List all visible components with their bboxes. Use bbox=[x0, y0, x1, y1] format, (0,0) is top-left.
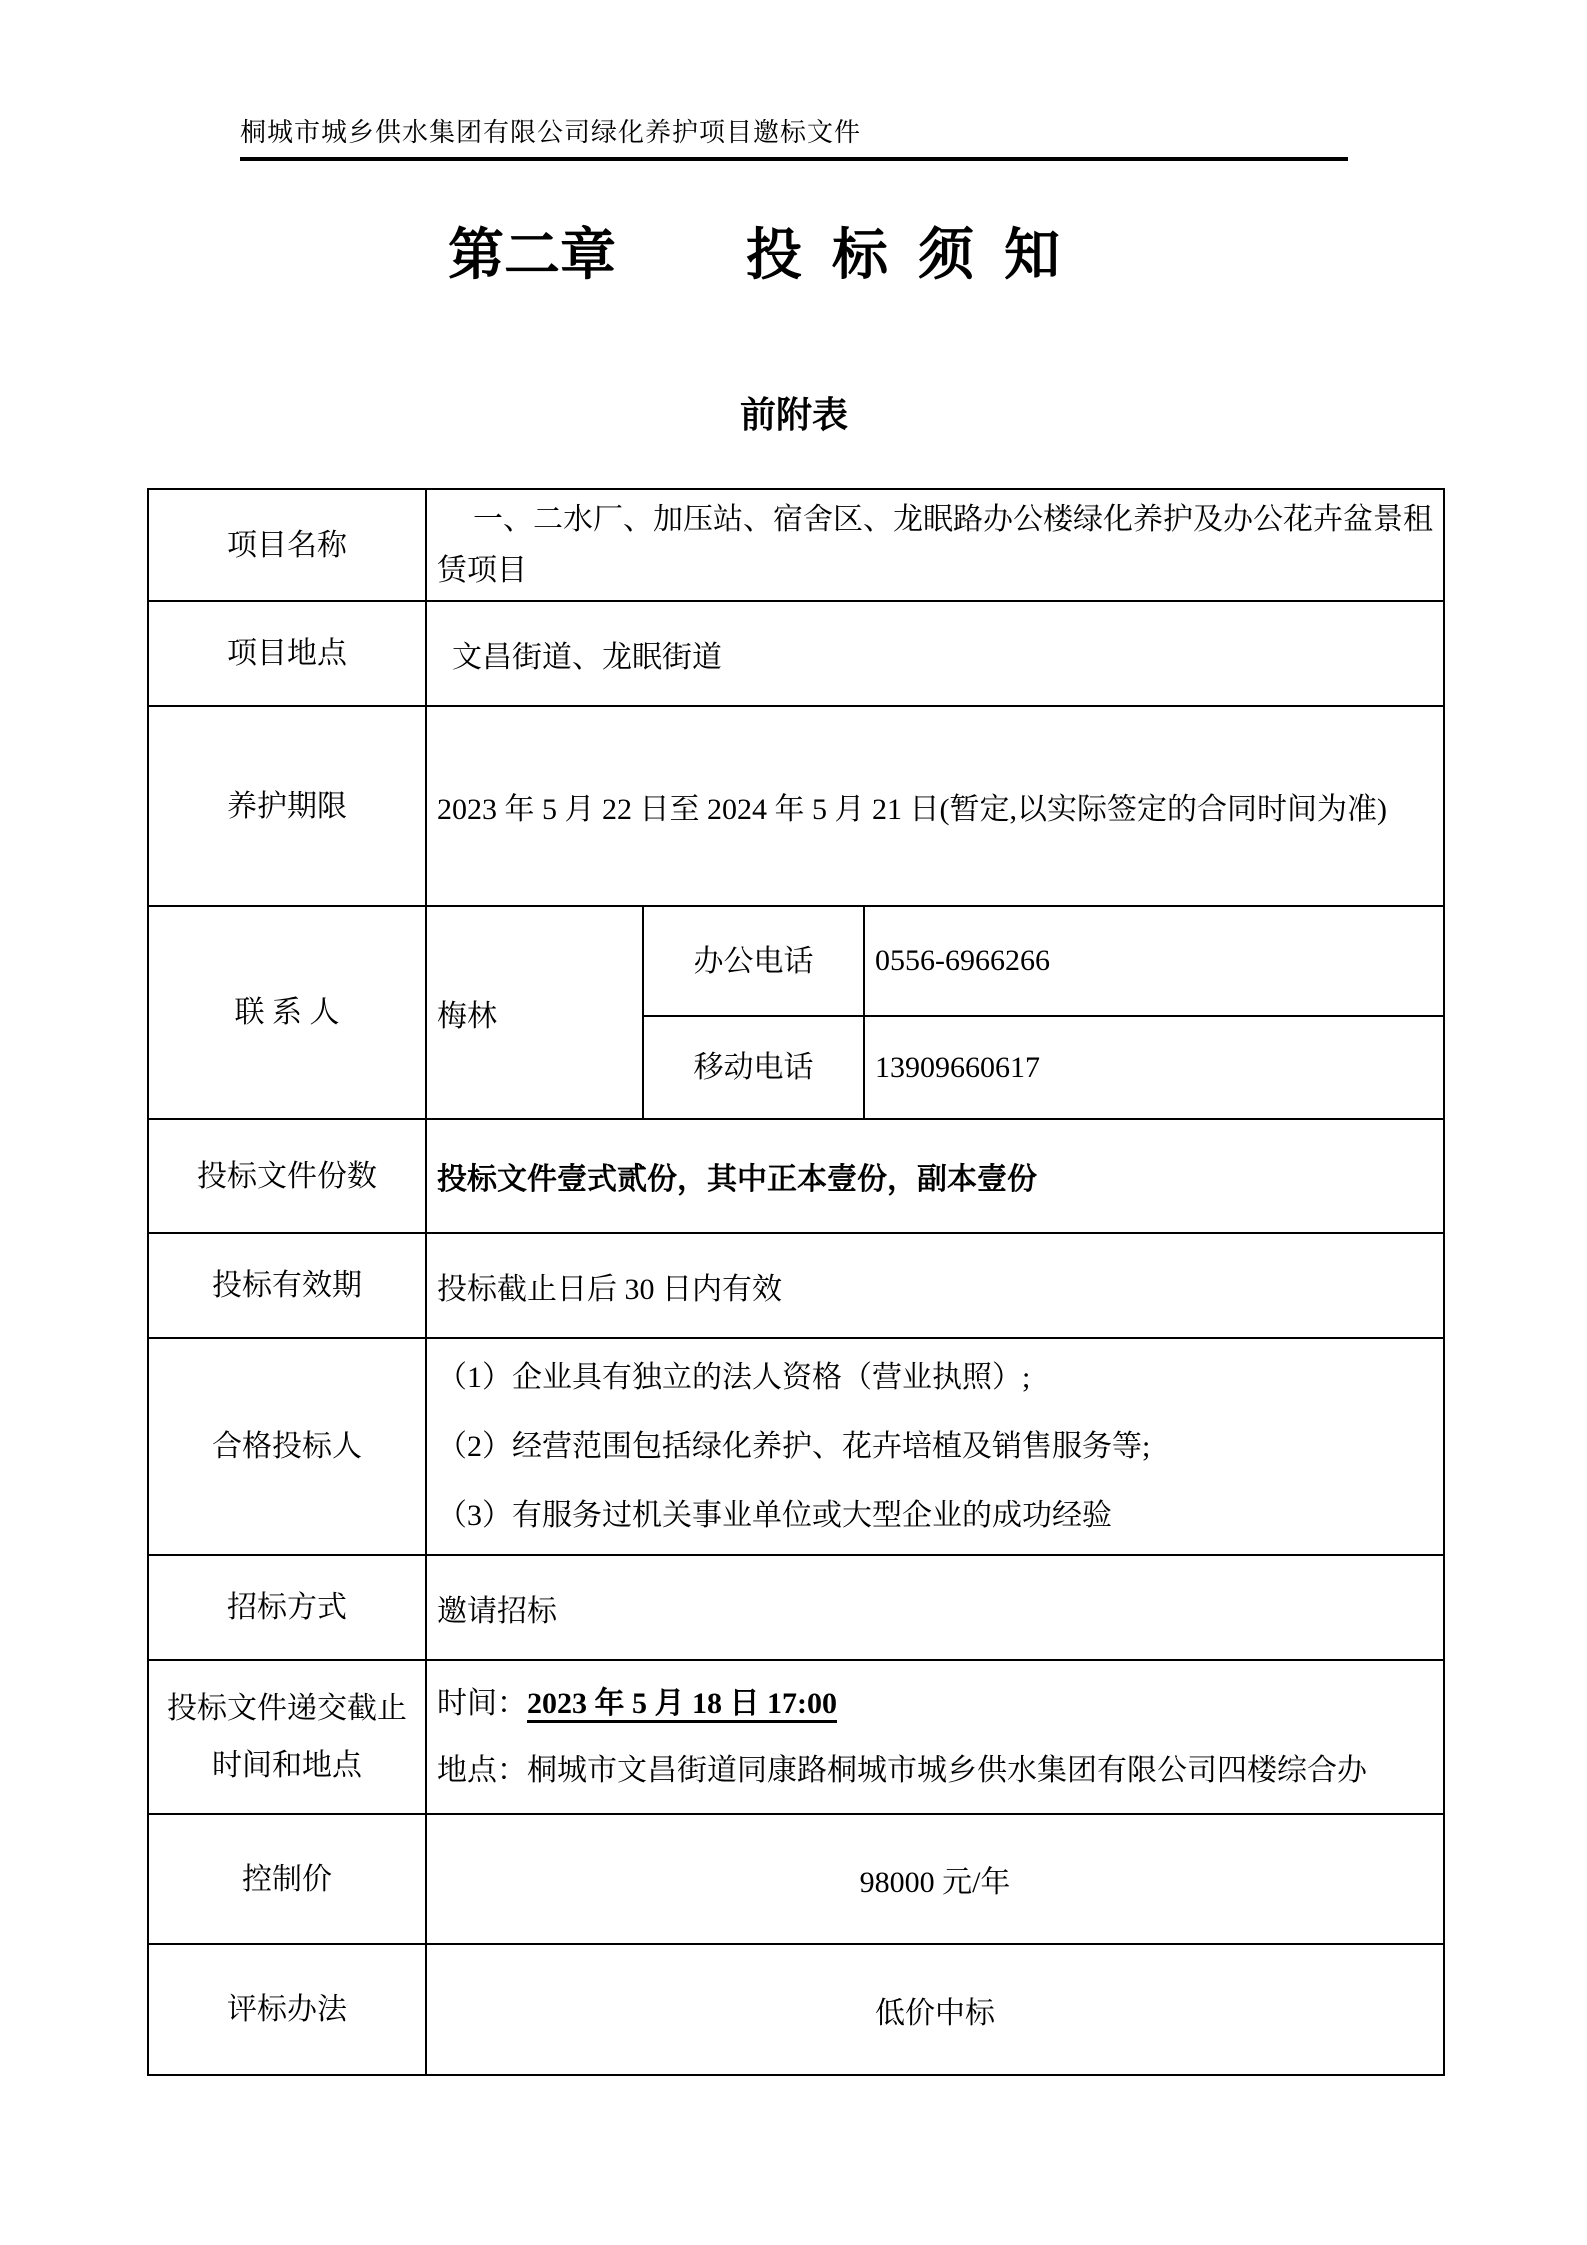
bid-validity-value: 投标截止日后 30 日内有效 bbox=[437, 1264, 1433, 1308]
qualified-bidders-item-1: （1）企业具有独立的法人资格（营业执照）; bbox=[437, 1343, 1433, 1412]
row-evaluation-method: 评标办法 低价中标 bbox=[148, 1944, 1444, 2075]
control-price-label: 控制价 bbox=[148, 1814, 426, 1944]
submission-deadline-label-line2: 时间和地点 bbox=[159, 1737, 415, 1794]
office-phone-value: 0556-6966266 bbox=[875, 944, 1433, 978]
bid-validity-label: 投标有效期 bbox=[148, 1233, 426, 1338]
project-name-value-cell: 一、二水厂、加压站、宿舍区、龙眠路办公楼绿化养护及办公花卉盆景租赁项目 bbox=[426, 489, 1444, 601]
bid-validity-value-cell: 投标截止日后 30 日内有效 bbox=[426, 1233, 1444, 1338]
contact-name: 梅林 bbox=[437, 991, 632, 1035]
front-table-subtitle-text: 前附表 bbox=[740, 395, 848, 435]
mobile-phone-label: 移动电话 bbox=[643, 1016, 864, 1119]
document-header: 桐城市城乡供水集团有限公司绿化养护项目邀标文件 bbox=[240, 112, 1348, 161]
project-location-value-cell: 文昌街道、龙眠街道 bbox=[426, 601, 1444, 706]
qualified-bidders-value-cell: （1）企业具有独立的法人资格（营业执照）; （2）经营范围包括绿化养护、花卉培植… bbox=[426, 1338, 1444, 1555]
row-maintenance-period: 养护期限 2023 年 5 月 22 日至 2024 年 5 月 21 日(暂定… bbox=[148, 706, 1444, 906]
row-project-name: 项目名称 一、二水厂、加压站、宿舍区、龙眠路办公楼绿化养护及办公花卉盆景租赁项目 bbox=[148, 489, 1444, 601]
front-table-subtitle: 前附表 bbox=[0, 387, 1587, 438]
maintenance-period-value: 2023 年 5 月 22 日至 2024 年 5 月 21 日(暂定,以实际签… bbox=[437, 784, 1433, 828]
bid-copies-value: 投标文件壹式贰份，其中正本壹份，副本壹份 bbox=[437, 1154, 1433, 1198]
control-price-value-cell: 98000 元/年 bbox=[426, 1814, 1444, 1944]
document-header-text: 桐城市城乡供水集团有限公司绿化养护项目邀标文件 bbox=[240, 118, 861, 147]
submission-deadline-label-line1: 投标文件递交截止 bbox=[159, 1680, 415, 1737]
submission-time-prefix: 时间： bbox=[437, 1687, 527, 1720]
qualified-bidders-item-3: （3）有服务过机关事业单位或大型企业的成功经验 bbox=[437, 1481, 1433, 1550]
bid-copies-value-cell: 投标文件壹式贰份，其中正本壹份，副本壹份 bbox=[426, 1119, 1444, 1233]
row-project-location: 项目地点 文昌街道、龙眠街道 bbox=[148, 601, 1444, 706]
row-control-price: 控制价 98000 元/年 bbox=[148, 1814, 1444, 1944]
row-tender-method: 招标方式 邀请招标 bbox=[148, 1555, 1444, 1660]
tender-method-value-cell: 邀请招标 bbox=[426, 1555, 1444, 1660]
submission-deadline-value-cell: 时间：2023 年 5 月 18 日 17:00 地点：桐城市文昌街道同康路桐城… bbox=[426, 1660, 1444, 1814]
evaluation-method-label: 评标办法 bbox=[148, 1944, 426, 2075]
contact-label: 联 系 人 bbox=[148, 906, 426, 1119]
document-page: 桐城市城乡供水集团有限公司绿化养护项目邀标文件 第二章投 标 须 知 前附表 项… bbox=[0, 0, 1587, 2245]
submission-time-value: 2023 年 5 月 18 日 17:00 bbox=[527, 1687, 837, 1720]
submission-place-line: 地点：桐城市文昌街道同康路桐城市城乡供水集团有限公司四楼综合办 bbox=[437, 1737, 1433, 1805]
row-submission-deadline: 投标文件递交截止 时间和地点 时间：2023 年 5 月 18 日 17:00 … bbox=[148, 1660, 1444, 1814]
row-bid-copies: 投标文件份数 投标文件壹式贰份，其中正本壹份，副本壹份 bbox=[148, 1119, 1444, 1233]
contact-name-cell: 梅林 bbox=[426, 906, 643, 1119]
tender-method-label: 招标方式 bbox=[148, 1555, 426, 1660]
submission-place-value: 桐城市文昌街道同康路桐城市城乡供水集团有限公司四楼综合办 bbox=[527, 1754, 1367, 1787]
office-phone-label: 办公电话 bbox=[643, 906, 864, 1016]
qualified-bidders-item-2: （2）经营范围包括绿化养护、花卉培植及销售服务等; bbox=[437, 1412, 1433, 1481]
maintenance-period-label: 养护期限 bbox=[148, 706, 426, 906]
evaluation-method-value-cell: 低价中标 bbox=[426, 1944, 1444, 2075]
front-attached-table: 项目名称 一、二水厂、加压站、宿舍区、龙眠路办公楼绿化养护及办公花卉盆景租赁项目… bbox=[147, 488, 1445, 2076]
chapter-title-text: 投 标 须 知 bbox=[746, 225, 1060, 287]
submission-deadline-label: 投标文件递交截止 时间和地点 bbox=[148, 1660, 426, 1814]
evaluation-method-value: 低价中标 bbox=[437, 1988, 1433, 2032]
mobile-phone-value-cell: 13909660617 bbox=[864, 1016, 1444, 1119]
row-qualified-bidders: 合格投标人 （1）企业具有独立的法人资格（营业执照）; （2）经营范围包括绿化养… bbox=[148, 1338, 1444, 1555]
tender-method-value: 邀请招标 bbox=[437, 1586, 1433, 1630]
submission-time-line: 时间：2023 年 5 月 18 日 17:00 bbox=[437, 1670, 1433, 1738]
project-name-label: 项目名称 bbox=[148, 489, 426, 601]
project-location-label: 项目地点 bbox=[148, 601, 426, 706]
bid-copies-label: 投标文件份数 bbox=[148, 1119, 426, 1233]
office-phone-value-cell: 0556-6966266 bbox=[864, 906, 1444, 1016]
chapter-title-number: 第二章 bbox=[448, 225, 616, 287]
control-price-value: 98000 元/年 bbox=[437, 1857, 1433, 1901]
submission-place-prefix: 地点： bbox=[437, 1754, 527, 1787]
qualified-bidders-label: 合格投标人 bbox=[148, 1338, 426, 1555]
row-contact-office: 联 系 人 梅林 办公电话 0556-6966266 bbox=[148, 906, 1444, 1016]
maintenance-period-value-cell: 2023 年 5 月 22 日至 2024 年 5 月 21 日(暂定,以实际签… bbox=[426, 706, 1444, 906]
row-bid-validity: 投标有效期 投标截止日后 30 日内有效 bbox=[148, 1233, 1444, 1338]
project-name-value: 一、二水厂、加压站、宿舍区、龙眠路办公楼绿化养护及办公花卉盆景租赁项目 bbox=[437, 494, 1433, 596]
mobile-phone-value: 13909660617 bbox=[875, 1051, 1433, 1085]
project-location-value: 文昌街道、龙眠街道 bbox=[437, 632, 1433, 676]
chapter-title: 第二章投 标 须 知 bbox=[0, 211, 1587, 291]
